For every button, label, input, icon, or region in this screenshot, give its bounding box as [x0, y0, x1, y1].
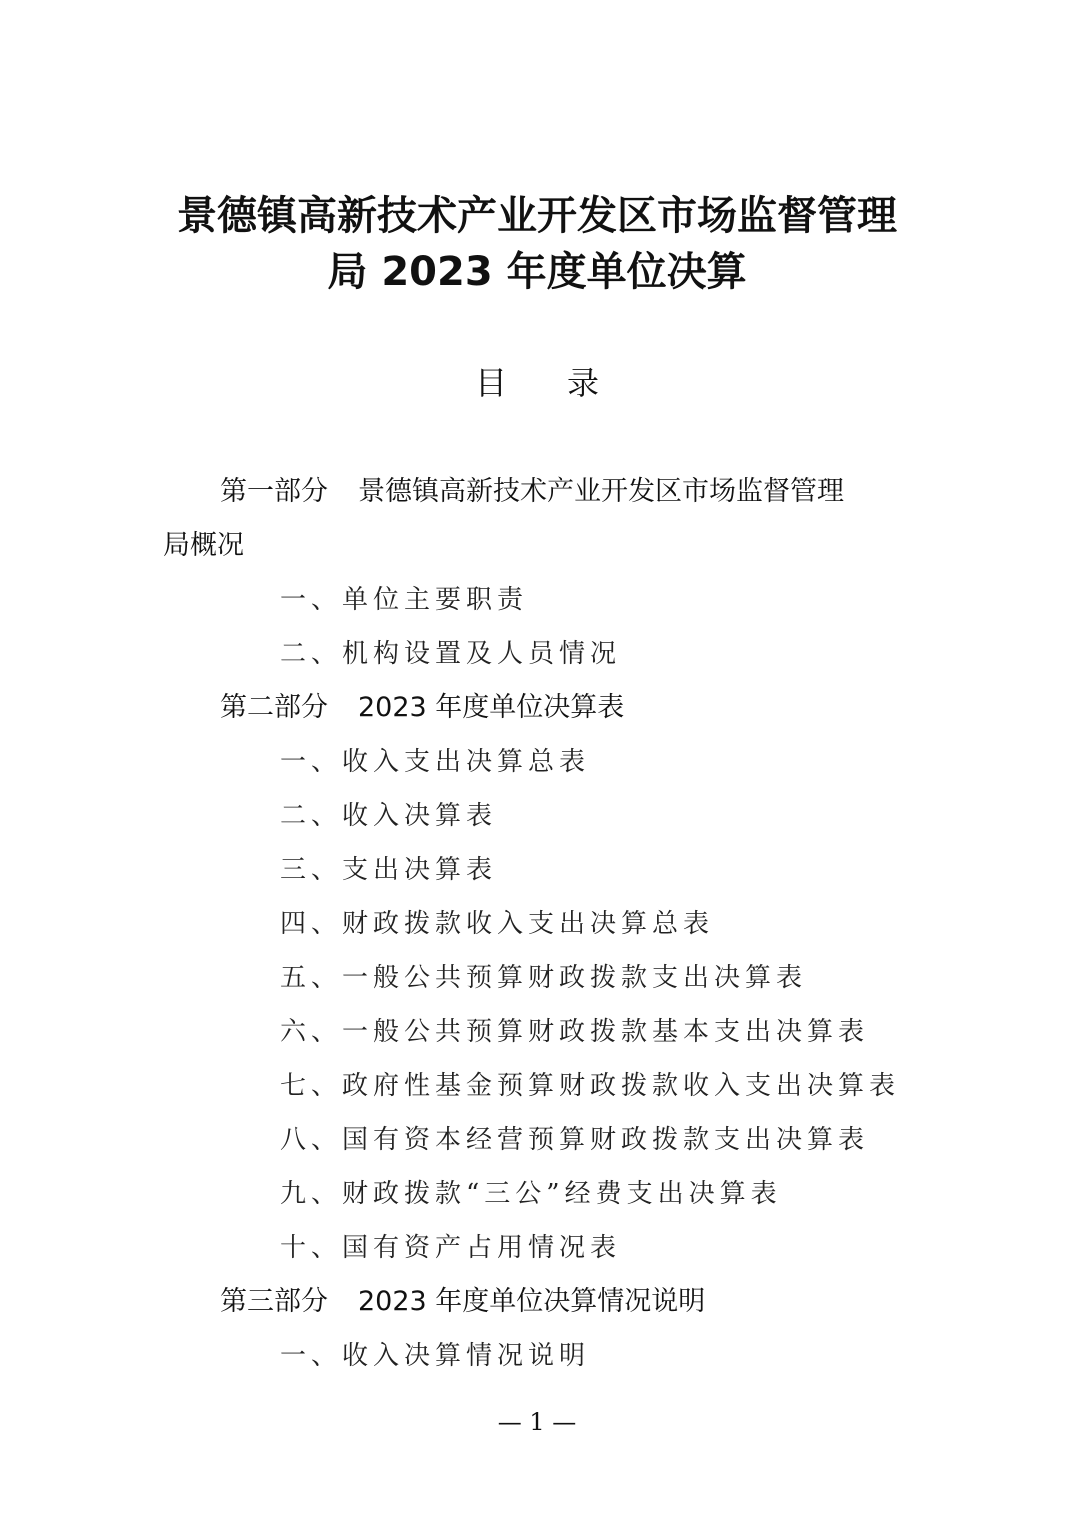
toc-item: 五、一般公共预算财政拨款支出决算表	[280, 958, 807, 998]
part-title: 2023 年度单位决算表	[358, 692, 624, 723]
toc-item: 一、收入决算情况说明	[280, 1336, 590, 1376]
toc-item: 四、财政拨款收入支出决算总表	[280, 904, 714, 944]
toc-part-2: 第二部分2023 年度单位决算表	[220, 688, 624, 728]
toc-item: 七、政府性基金预算财政拨款收入支出决算表	[280, 1066, 900, 1106]
part-label: 第一部分	[220, 476, 328, 507]
part-title: 2023 年度单位决算情况说明	[358, 1286, 705, 1317]
toc-item: 八、国有资本经营预算财政拨款支出决算表	[280, 1120, 869, 1160]
toc-part-1-continued: 局概况	[163, 526, 244, 566]
toc-item: 十、国有资产占用情况表	[280, 1228, 621, 1268]
toc-part-3: 第三部分2023 年度单位决算情况说明	[220, 1282, 705, 1322]
page-number: — 1 —	[0, 1408, 1074, 1436]
toc-heading: 目录	[0, 358, 1074, 404]
toc-heading-char-2: 录	[567, 358, 599, 404]
toc-item: 三、支出决算表	[280, 850, 497, 890]
toc-item: 一、单位主要职责	[280, 580, 528, 620]
toc-item: 六、一般公共预算财政拨款基本支出决算表	[280, 1012, 869, 1052]
part-label: 第二部分	[220, 692, 328, 723]
toc-item: 二、机构设置及人员情况	[280, 634, 621, 674]
toc-item: 一、收入支出决算总表	[280, 742, 590, 782]
toc-item: 二、收入决算表	[280, 796, 497, 836]
part-title: 景德镇高新技术产业开发区市场监督管理	[358, 476, 844, 507]
document-title-line-1: 景德镇高新技术产业开发区市场监督管理	[0, 188, 1074, 244]
document-title-line-2: 局 2023 年度单位决算	[0, 244, 1074, 300]
part-label: 第三部分	[220, 1286, 328, 1317]
toc-item: 九、财政拨款“三公”经费支出决算表	[280, 1174, 782, 1214]
toc-part-1: 第一部分景德镇高新技术产业开发区市场监督管理	[220, 472, 844, 512]
toc-heading-char-1: 目	[475, 358, 507, 404]
